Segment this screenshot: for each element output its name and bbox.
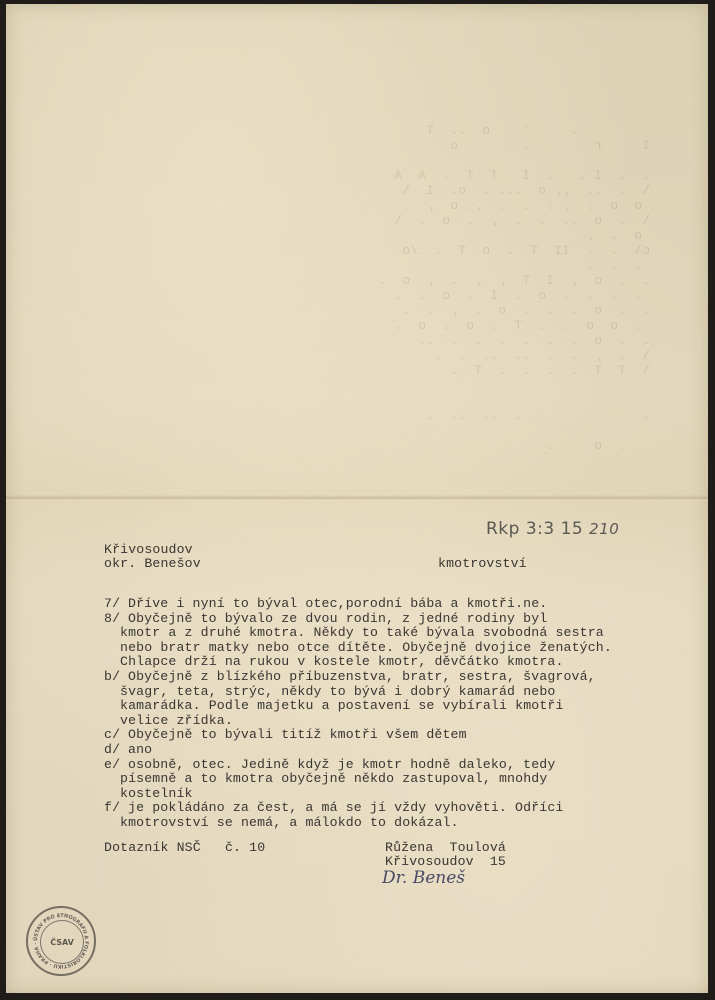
institution-stamp: ÚSTAV PRO ETNOGRAFII A FOLKLORISTIKU · P…	[26, 906, 96, 976]
answer-label: 7/	[104, 597, 120, 612]
answer-line: nebo bratr matky nebo otce dítěte. Obyče…	[120, 641, 612, 656]
shelfmark-number: 210	[589, 520, 619, 538]
answer-line: kmotr a z druhé kmotra. Někdy to také bý…	[120, 626, 604, 641]
answer-line: Dříve i nyní to býval otec,porodní bába …	[128, 597, 547, 612]
reverse-side-bleedthrough: . ’ o .. T I r . o . . I . . I T T . A A…	[106, 124, 666, 454]
answer-line: kostelník	[120, 787, 193, 802]
page-fold-line	[6, 495, 708, 501]
questionnaire-reference: Dotazník NSČ č. 10	[104, 841, 265, 856]
district-name: okr. Benešov	[104, 557, 201, 572]
handwritten-signature: Dr. Beneš	[382, 868, 465, 888]
answer-line: velice zřídka.	[120, 714, 233, 729]
answer-line: Obyčejně z blízkého příbuzenstva, bratr,…	[128, 670, 596, 685]
topic-heading: kmotrovství	[438, 557, 527, 572]
stamp-center-text: ČSAV	[40, 920, 84, 964]
archive-shelfmark: Rkp 3:3 15 210	[486, 519, 619, 539]
answer-label: f/	[104, 801, 120, 816]
answer-label: e/	[104, 758, 120, 773]
answer-line: Obyčejně to bývali titíž kmotři všem dět…	[128, 728, 467, 743]
answer-line: kamarádka. Podle majetku a postavení se …	[120, 699, 564, 714]
answer-label: b/	[104, 670, 120, 685]
answer-line: švagr, teta, strýc, někdy to bývá i dobr…	[120, 685, 555, 700]
answer-line: Chlapce drží na rukou v kostele kmotr, d…	[120, 655, 564, 670]
answer-label: d/	[104, 743, 120, 758]
answer-line: osobně, otec. Jedině když je kmotr hodně…	[128, 758, 555, 773]
answer-line: písemně a to kmotra obyčejně někdo zastu…	[120, 772, 547, 787]
answer-label: 8/	[104, 612, 120, 627]
answer-line: ano	[128, 743, 152, 758]
shelfmark-prefix: Rkp 3:3 15	[486, 519, 583, 539]
answer-line: Obyčejně to bývalo ze dvou rodin, z jedn…	[128, 612, 547, 627]
answer-line: je pokládáno za čest, a má se jí vždy vy…	[128, 801, 563, 816]
answer-line: kmotrovství se nemá, a málokdo to dokáza…	[120, 816, 459, 831]
answer-label: c/	[104, 728, 120, 743]
